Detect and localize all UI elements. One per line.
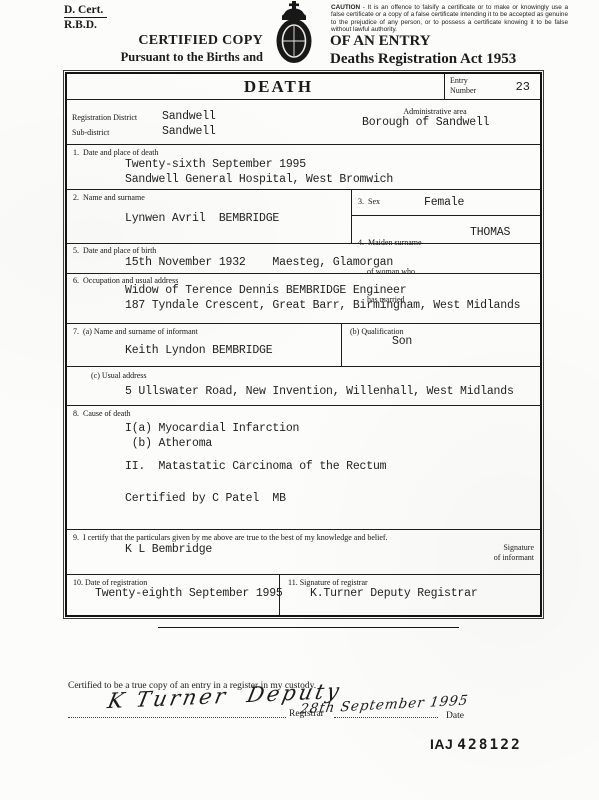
caution-text: CAUTION - It is an offence to falsify a …: [331, 4, 568, 34]
field-3-sex: 3. Sex Female: [352, 190, 540, 216]
sub-district-value: Sandwell: [162, 125, 216, 138]
royal-coat-of-arms-icon: [267, 1, 321, 65]
field-1-label: 1. Date and place of death: [73, 148, 159, 157]
death-certificate-scan: D. Cert. R.B.D. CAUTION - It is an offen…: [0, 0, 599, 800]
field-5-date-place-of-birth: 5. Date and place of birth 15th November…: [67, 244, 540, 274]
fields-10-11-row: 10. Date of registration Twenty-eighth S…: [67, 575, 540, 615]
title-pursuant: Pursuant to the Births and: [80, 50, 263, 65]
field-1-value-line2: Sandwell General Hospital, West Bromwich: [125, 173, 393, 186]
serial-prefix: IAJ: [430, 736, 453, 752]
doc-reference: D. Cert. R.B.D.: [64, 4, 107, 31]
separator-rule: [158, 627, 459, 628]
field-8-line2: (b) Atheroma: [125, 437, 212, 450]
field-4-maiden-surname: 4. Maiden surname of woman who has marri…: [352, 216, 540, 243]
field-7a-value: Keith Lyndon BEMBRIDGE: [125, 344, 272, 357]
signature-dotted-line: [68, 717, 286, 718]
field-1-date-place-of-death: 1. Date and place of death Twenty-sixth …: [67, 145, 540, 190]
sub-district-label: Sub-district: [72, 128, 109, 137]
field-5-label: 5. Date and place of birth: [73, 246, 156, 255]
admin-area-label: Administrative area: [360, 107, 510, 116]
field-10-label: 10. Date of registration: [73, 578, 147, 587]
title-right: OF AN ENTRY Deaths Registration Act 1953: [330, 33, 516, 68]
registration-district-label: Registration District: [72, 113, 137, 122]
field-6-occupation-address: 6. Occupation and usual address Widow of…: [67, 274, 540, 324]
doc-ref-top: D. Cert.: [64, 4, 107, 18]
entry-number-value: 23: [516, 80, 530, 94]
field-8-line4: Certified by C Patel MB: [125, 492, 286, 505]
registration-district-value: Sandwell: [162, 110, 216, 123]
field-7b-qualification: (b) Qualification Son: [342, 324, 540, 367]
fields-7a-7b-row: 7. (a) Name and surname of informant Kei…: [67, 324, 540, 367]
field-11-signature-of-registrar: 11. Signature of registrar K.Turner Depu…: [280, 575, 540, 615]
field-10-value: Twenty-eighth September 1995: [95, 587, 283, 600]
field-2-name-surname: 2. Name and surname Lynwen Avril BEMBRID…: [67, 190, 352, 244]
title-of-an-entry: OF AN ENTRY: [330, 33, 516, 50]
date-label: Date: [446, 711, 464, 721]
heading-row: DEATH Entry Number 23: [67, 74, 540, 100]
signature-of-informant-note: Signature of informant: [494, 543, 534, 563]
field-3-value: Female: [424, 196, 464, 209]
date-dotted-line: [334, 717, 438, 718]
field-9-label: 9. I certify that the particulars given …: [73, 533, 388, 542]
field-11-label: 11. Signature of registrar: [288, 578, 368, 587]
title-left: CERTIFIED COPY Pursuant to the Births an…: [80, 33, 263, 65]
field-7c-value: 5 Ullswater Road, New Invention, Willenh…: [125, 385, 514, 398]
field-1-value-line1: Twenty-sixth September 1995: [125, 158, 306, 171]
field-8-cause-of-death: 8. Cause of death I(a) Myocardial Infarc…: [67, 406, 540, 530]
field-7b-value: Son: [392, 335, 412, 348]
title-certified-copy: CERTIFIED COPY: [80, 33, 263, 49]
certificate-serial-number: IAJ428122: [430, 736, 522, 754]
field-6-value-line1: Widow of Terence Dennis BEMBRIDGE Engine…: [125, 284, 406, 297]
field-7c-label: (c) Usual address: [91, 371, 147, 380]
field-7c-usual-address: (c) Usual address 5 Ullswater Road, New …: [67, 367, 540, 406]
field-11-value: K.Turner Deputy Registrar: [310, 587, 478, 600]
caution-body: - It is an offence to falsify a certific…: [331, 4, 568, 33]
entry-number-box: Entry Number 23: [444, 74, 540, 100]
certificate-table: DEATH Entry Number 23 Registration Distr…: [65, 72, 542, 617]
doc-ref-bottom: R.B.D.: [64, 18, 107, 31]
fields-2-3-4-row: 2. Name and surname Lynwen Avril BEMBRID…: [67, 190, 540, 244]
field-8-label: 8. Cause of death: [73, 409, 131, 418]
entry-number-label: Entry Number: [450, 76, 476, 96]
district-row: Registration District Sub-district Sandw…: [67, 100, 540, 145]
caution-word: CAUTION: [331, 4, 360, 11]
admin-area-value: Borough of Sandwell: [362, 116, 489, 129]
field-9-value: K L Bembridge: [125, 543, 212, 556]
field-10-date-of-registration: 10. Date of registration Twenty-eighth S…: [67, 575, 280, 615]
field-5-value: 15th November 1932 Maesteg, Glamorgan: [125, 256, 393, 269]
field-8-line3: II. Matastatic Carcinoma of the Rectum: [125, 460, 386, 473]
field-7a-informant-name: 7. (a) Name and surname of informant Kei…: [67, 324, 342, 367]
field-4-value: THOMAS: [470, 226, 510, 239]
title-act: Deaths Registration Act 1953: [330, 51, 516, 68]
field-2-value: Lynwen Avril BEMBRIDGE: [125, 212, 279, 225]
field-3-label: 3. Sex: [358, 197, 380, 206]
field-7a-label: 7. (a) Name and surname of informant: [73, 327, 198, 336]
field-6-value-line2: 187 Tyndale Crescent, Great Barr, Birmin…: [125, 299, 520, 312]
field-9-certification: 9. I certify that the particulars given …: [67, 530, 540, 575]
serial-digits: 428122: [457, 737, 521, 753]
field-8-line1: I(a) Myocardial Infarction: [125, 422, 299, 435]
field-2-label: 2. Name and surname: [73, 193, 145, 202]
